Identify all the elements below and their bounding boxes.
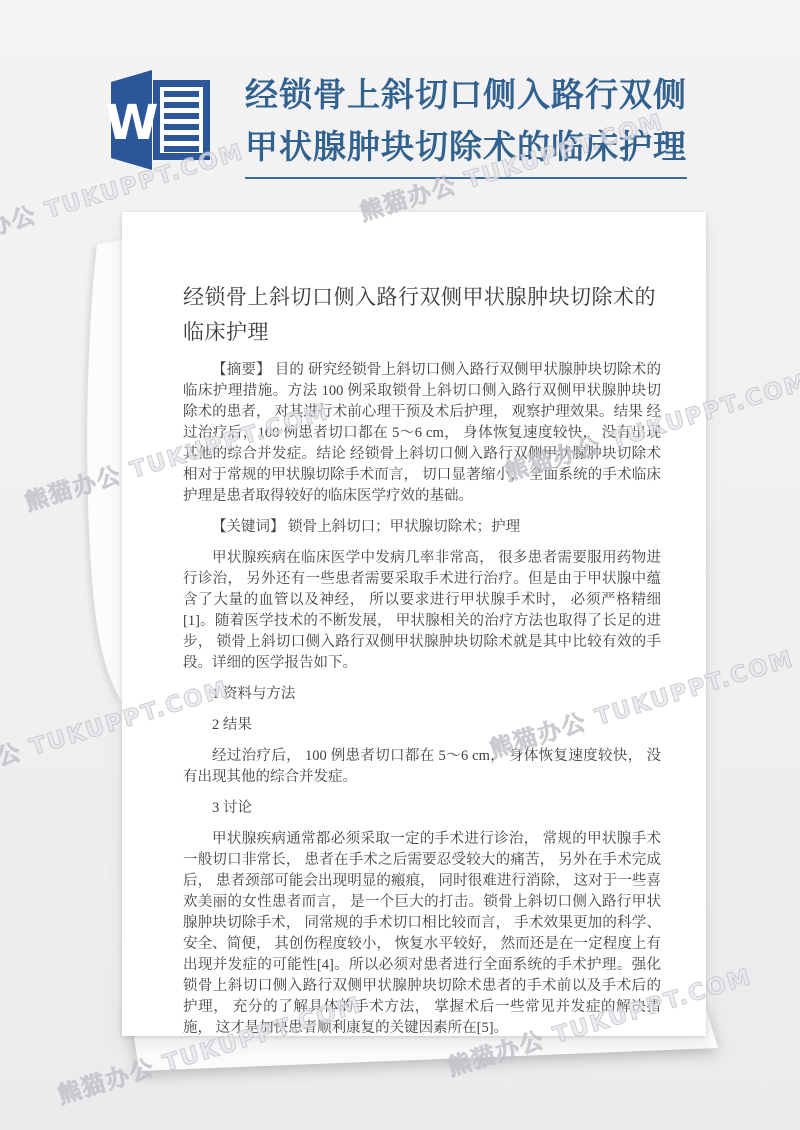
paper-stack-sheet-left <box>87 240 122 702</box>
document-paragraph-discussion: 甲状腺疾病通常都必须采取一定的手术进行诊治， 常规的甲状腺手术一般切口非常长， … <box>183 829 661 1039</box>
word-icon: W <box>107 64 215 170</box>
document-paragraph-keywords: 【关键词】 锁骨上斜切口；甲状腺切除术；护理 <box>183 517 661 538</box>
document-paragraph-intro: 甲状腺疾病在临床医学中发病几率非常高， 很多患者需要服用药物进行诊治， 另外还有… <box>183 548 661 674</box>
word-icon-letter: W <box>107 95 158 151</box>
document-paragraph-results: 经过治疗后， 100 例患者切口都在 5～6 cm， 身体恢复速度较快， 没有出… <box>183 746 661 788</box>
document-section-heading-3: 3 讨论 <box>183 798 661 819</box>
document-section-heading-2: 2 结果 <box>183 715 661 736</box>
document-title: 经锁骨上斜切口侧入路行双侧甲状腺肿块切除术的临床护理 <box>183 280 661 350</box>
page-title-line1: 经锁骨上斜切口侧入路行双侧 <box>245 70 687 122</box>
page-title: 经锁骨上斜切口侧入路行双侧 甲状腺肿块切除术的临床护理 <box>245 70 687 179</box>
page-title-line2: 甲状腺肿块切除术的临床护理 <box>245 122 687 179</box>
document-paragraph-abstract: 【摘要】 目的 研究经锁骨上斜切口侧入路行双侧甲状腺肿块切除术的临床护理措施。方… <box>183 360 661 507</box>
document-page: 经锁骨上斜切口侧入路行双侧甲状腺肿块切除术的临床护理 【摘要】 目的 研究经锁骨… <box>122 212 706 1036</box>
document-section-heading-1: 1 资料与方法 <box>183 684 661 705</box>
page-background: W 经锁骨上斜切口侧入路行双侧 甲状腺肿块切除术的临床护理 经锁骨上斜切口侧入路… <box>0 0 800 1130</box>
